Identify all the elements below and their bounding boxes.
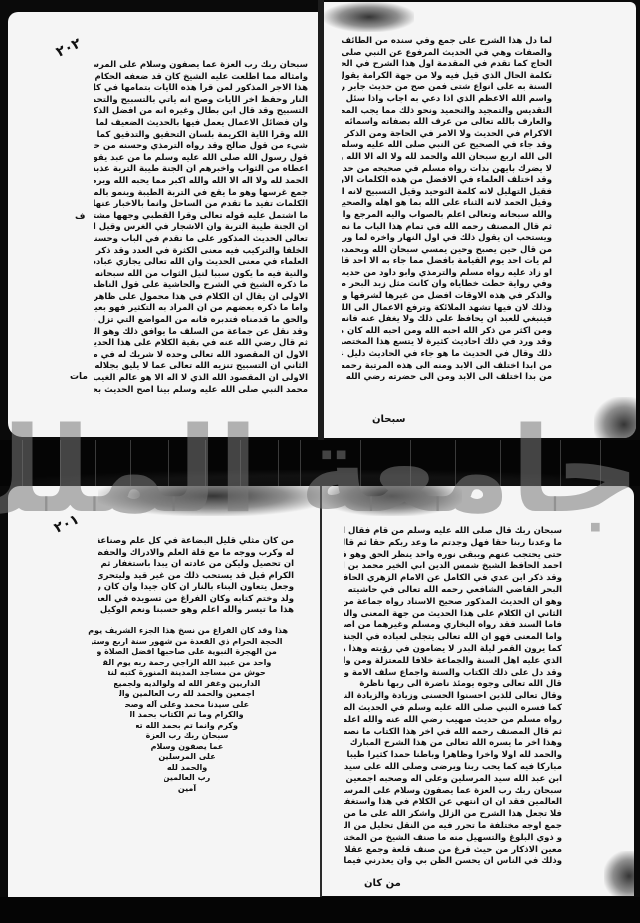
scan-line — [95, 440, 96, 486]
manuscript-line: مباركا فيه كما يحب ربنا ويرضى وصلى الله … — [344, 762, 562, 774]
scan-smudge — [98, 486, 320, 516]
manuscript-line: وقد نقل عن جماعة من السلف ما يوافق ذلك و… — [94, 327, 308, 339]
manuscript-line: اعطاه من الثواب واخبرهم ان الجنة طيبة ال… — [94, 164, 308, 176]
manuscript-line: وقد اختلف العلماء في الافضل من هذه الكلم… — [342, 175, 552, 187]
scan-line — [300, 440, 301, 486]
manuscript-line: من قال حين يصبح وحين يمسي سبحان الله وبح… — [342, 245, 552, 257]
manuscript-line: على المرسلين — [153, 752, 222, 763]
manuscript-line: كما يرون القمر ليلة البدر لا يضامون في ر… — [344, 644, 562, 656]
manuscript-line: وان فضائل الاعمال يعمل فيها بالحديث الضع… — [94, 118, 308, 130]
manuscript-line: او زاد عليه رواه مسلم والترمذي وابو داود… — [342, 268, 552, 280]
manuscript-line: من بدا اختلف الى الابد ومن الى حضرته رضي… — [342, 372, 552, 384]
manuscript-line: لا يضرك بايهن بدأت رواه مسلم في صحيحه من… — [342, 164, 552, 176]
manuscript-line: وجعل يتعاون البناء بالنار ان كان جيدا وا… — [98, 582, 294, 594]
manuscript-line: هذا الاجر المذكور لمن قرأ هذه الآيات بتم… — [94, 83, 308, 95]
manuscript-line: الاكرام في الحديث ولا الامر في الحاجة وم… — [342, 129, 552, 141]
manuscript-line: والحق ما قدمناه فتدبره فانه من المواضع ا… — [94, 315, 308, 327]
manuscript-line: العالمين فقد آن ان انتهي عن الكلام في هذ… — [344, 797, 562, 809]
manuscript-line: و ذوي البلوغ والتسهيل منه ما صنف الشيخ م… — [344, 833, 562, 845]
manuscript-line: ذلك وقال في الحديث ما هو جاء في الحاديث … — [342, 349, 552, 361]
scan-smudge — [322, 486, 462, 516]
manuscript-line: شيء من قول صالح وقد رواه الترمذي وحسنه م… — [94, 141, 308, 153]
manuscript-line: سبحان ربك رب العزة — [142, 731, 233, 742]
manuscript-line: وقد جاء في الصحيح عن النبي صلى الله عليه… — [342, 140, 552, 152]
scan-line — [500, 440, 501, 486]
manuscript-line: لم يأت احد يوم القيامة بافضل مما جاء به … — [342, 256, 552, 268]
scan-line — [168, 440, 169, 486]
manuscript-line: على سيدنا محمد وعلى آله وصحبه اجمعين — [125, 700, 249, 711]
bottom-right-page: سبحان ربك قال صلى الله عليه وسلم من قام … — [322, 486, 634, 896]
manuscript-line: رواه مسلم من حديث صهيب رضي الله عنه والل… — [344, 715, 562, 727]
manuscript-line: ثم قال المصنف رحمه الله في تمام هذا البا… — [342, 222, 552, 234]
manuscript-line: ما اشتمل عليه قوله تعالى وقرأ القطبي وجه… — [94, 211, 308, 223]
manuscript-line: له وكرب ووجه ما مع قلة العلم والادراك وا… — [98, 548, 294, 560]
scan-line — [560, 440, 561, 486]
manuscript-line: وقد دل على ذلك الكتاب والسنة واجماع سلف … — [344, 668, 562, 680]
manuscript-line: وهو ان الحديث المذكور صحيح الاسناد رواه … — [344, 597, 562, 609]
scan-line — [600, 440, 601, 486]
scan-smudge — [604, 851, 634, 896]
top-sheet: ٢٠٢ ف مات سبحان ربك رب العزة عما يصفون و… — [0, 0, 640, 440]
page-number-top-left: ٢٠٢ — [54, 35, 84, 60]
manuscript-line: والعارف بالله تعالى من عرف الله بصفاته و… — [342, 117, 552, 129]
manuscript-line: والذكر في هذه الاوقات افضل من غيرها لشرف… — [342, 291, 552, 303]
manuscript-line: وهذا آخر ما يسره الله تعالى من هذا الشرح… — [344, 738, 562, 750]
manuscript-line: جمع اوجه مختلفة ما تحرر فيه من النقل تحل… — [344, 821, 562, 833]
manuscript-line: والنية فيه ما يكون سببا لنيل الثواب من ا… — [94, 269, 308, 281]
top-left-text-block: سبحان ربك رب العزة عما يصفون وسلام على ا… — [94, 60, 308, 396]
manuscript-line: فلا تجعل هذا الشرح من الزلل واشكر الله ع… — [344, 809, 562, 821]
manuscript-line: ويستحب ان يقول ذلك في اول النهار وآخره ل… — [342, 233, 552, 245]
manuscript-line: احمد الحافظ الشيخ شمس الدين ابي الخير مح… — [344, 561, 562, 573]
manuscript-line: سبحان ربك رب العزة عما يصفون وسلام على ا… — [94, 60, 308, 72]
manuscript-line: وفي رواية حطت خطاياه وان كانت مثل زبد ال… — [342, 279, 552, 291]
scan-line — [240, 440, 241, 486]
manuscript-line: لما دل هذا الشرح على جمع وفي سنده من الط… — [342, 36, 552, 48]
manuscript-line: فاما السند فقد رواه البخاري ومسلم وغيرهم… — [344, 620, 562, 632]
manuscript-line: الاولى ان يقال ان الكلام في هذا محمول عل… — [94, 292, 308, 304]
manuscript-line: الخلفا والتركيب فيه معنى الكثرة في العدد… — [94, 246, 308, 258]
margin-note-fa: ف — [75, 212, 85, 222]
manuscript-line: عما يصفون وسلام — [147, 742, 227, 753]
manuscript-line: والصفات وهي في الحديث المرفوع عن النبي ص… — [342, 48, 552, 60]
manuscript-line: وذلك في الناس ان يحسن الظن بي وان يعذرني… — [344, 856, 562, 868]
manuscript-line: رب العالمين — [164, 773, 210, 784]
page-number-bottom-left: ٢٠١ — [52, 511, 82, 536]
manuscript-line: جمع غرسها وهو ما يقع في التربة الطيبة وي… — [94, 188, 308, 200]
manuscript-line: واحد من عبيد الله الراجي رحمة ربه يوم ال… — [103, 658, 272, 669]
top-left-page: ٢٠٢ ف مات سبحان ربك رب العزة عما يصفون و… — [8, 12, 318, 437]
manuscript-line: آمين — [169, 784, 204, 795]
manuscript-line: التقديس والتمجيد والتحميد ونحو ذلك مما ي… — [342, 106, 552, 118]
manuscript-line: هذا ما تيسر والله اعلم وهو حسبنا ونعم ال… — [98, 605, 294, 617]
bottom-right-text-block: سبحان ربك قال صلى الله عليه وسلم من قام … — [344, 526, 562, 868]
manuscript-line: الكلمات تفيد ما تقدم من الساحل وانما بال… — [94, 199, 308, 211]
manuscript-line: وقد ورد في ذلك احاديث كثيرة لا يتسع هذا … — [342, 337, 552, 349]
manuscript-line: قال الله تعالى وجوه يومئذ ناضرة الى ربها… — [344, 679, 562, 691]
manuscript-line: ولد وختم كتابه وكان الفراغ من تسويده في … — [98, 594, 294, 606]
manuscript-line: من الهجرة النبوية على صاحبها افضل الصلاة… — [97, 647, 277, 658]
manuscript-line: الى الله اربع سبحان الله والحمد لله ولا … — [342, 152, 552, 164]
manuscript-line: والكرام وما تم الكتاب بحمد الله وعونه — [130, 710, 243, 721]
manuscript-line: سبحان ربك قال صلى الله عليه وسلم من قام … — [344, 526, 562, 538]
top-right-text-block: لما دل هذا الشرح على جمع وفي سنده من الط… — [342, 36, 552, 384]
manuscript-line: من كان مثلي قليل البضاعة في كل علم وصناع… — [98, 536, 294, 548]
manuscript-line: البحر القاضي الشافعي رحمه الله تعالى في … — [344, 585, 562, 597]
scan-line — [278, 440, 279, 486]
scan-smudge — [594, 397, 636, 438]
catchword-bottom-right: من كان — [364, 878, 401, 889]
manuscript-line: كما فسره النبي صلى الله عليه وسلم في الح… — [344, 703, 562, 715]
bottom-left-page: ٢٠١ من كان مثلي قليل البضاعة في كل علم و… — [8, 486, 320, 923]
manuscript-line: ابن عبد الله سيد المرسلين وعلى آله وصحبه… — [344, 774, 562, 786]
manuscript-line: تكلمة الحال الذي قيل فيه ولا من جهة الكر… — [342, 71, 552, 83]
manuscript-line: من ابدا اختلف الى الابد ومنه الى هذه الم… — [342, 361, 552, 373]
manuscript-line: وامثاله مما اطلعت عليه الشيخ كان قد ضعفه… — [94, 72, 308, 84]
scan-line — [60, 440, 61, 486]
manuscript-line: ثم قال المصنف رحمه الله في آخر هذا الكتا… — [344, 727, 562, 739]
manuscript-line: التسبيح وقد قال ابن بطال وغيره انه من اف… — [94, 106, 308, 118]
manuscript-line: وكرم وانما تم بحمد الله تعالى — [136, 721, 238, 732]
manuscript-line: واما المعنى فهو ان الله تعالى يتجلى لعبا… — [344, 632, 562, 644]
manuscript-line: الحمد لله ولا اله الا الله والله اكبر مم… — [94, 176, 308, 188]
scan-line — [360, 440, 361, 486]
scan-line — [22, 440, 23, 486]
manuscript-line: وذلك لان فيها تشهد الملائكة وترفع الاعما… — [342, 303, 552, 315]
bottom-sheet: ٢٠١ من كان مثلي قليل البضاعة في كل علم و… — [0, 486, 640, 923]
manuscript-line: الاولى ان المقصود الله الذي لا اله الا ه… — [94, 373, 308, 385]
manuscript-line: والله سبحانه وتعالى اعلم بالصواب واليه ا… — [342, 210, 552, 222]
manuscript-line: تعالى الحديث المذكور على ما تقدم في البا… — [94, 234, 308, 246]
manuscript-line: الاول ان المقصود الله تعالى وحده لا شريك… — [94, 350, 308, 362]
bottom-left-text-block: من كان مثلي قليل البضاعة في كل علم وصناع… — [98, 536, 294, 617]
manuscript-line: والحمد لله اولا وآخرا وظاهرا وباطنا حمدا… — [344, 750, 562, 762]
manuscript-line: واسم الله الاعظم الذي اذا دعي به اجاب وا… — [342, 94, 552, 106]
scan-bottom-band — [0, 897, 640, 923]
manuscript-line: النار وحفظ آخر الآيات وصح انه يأتي بالتس… — [94, 95, 308, 107]
manuscript-line: الحاج كما تقدم في المقدمة اول هذا الشرح … — [342, 59, 552, 71]
manuscript-line: ثم قال رضي الله عنه في بقية الكلام على ه… — [94, 338, 308, 350]
manuscript-line: ومن اكثر من ذكر الله احبه الله ومن احبه … — [342, 326, 552, 338]
manuscript-line: هذا وقد كان الفراغ من نسخ هذا الجزء الشر… — [86, 626, 288, 637]
manuscript-line: والحمد لله — [158, 763, 216, 774]
manuscript-line: ان الجنة طيبة التربة وان الاشجار في الغر… — [94, 222, 308, 234]
manuscript-line: الثاني ان التسبيح تنزيه الله تعالى عما ل… — [94, 361, 308, 373]
manuscript-line: حوش من مساجد المدينة المنورة كتبه لنفسه … — [108, 668, 266, 679]
manuscript-line: محمد النبي صلى الله عليه وسلم بينا اصح ا… — [94, 385, 308, 397]
manuscript-line: حتى يحتجب عنهم ويبقى نوره واحد ينظر الحق… — [344, 550, 562, 562]
manuscript-line: الله وقرأ الآية الكريمة بلسان التحقيق وا… — [94, 130, 308, 142]
manuscript-line: فينبغي للعبد ان يحافظ على ذلك ولا يغفل ع… — [342, 314, 552, 326]
manuscript-line: الحجة الحرام ذي القعدة من شهور سنة اربع … — [92, 637, 283, 648]
manuscript-line: سبحان ربك رب العزة عما يصفون وسلام على ا… — [344, 786, 562, 798]
scan-smudge — [324, 2, 414, 32]
manuscript-line: وقال تعالى للذين احسنوا الحسنى وزيادة وا… — [344, 691, 562, 703]
manuscript-line: ما ذكره الشيخ في الشرح والحاشية على قول … — [94, 280, 308, 292]
manuscript-line: واما ما ذكره بعضهم من ان المراد به التكث… — [94, 303, 308, 315]
manuscript-line: ما وعدنا ربنا حقا فهل وجدتم ما وعد ربكم … — [344, 538, 562, 550]
scan-line — [410, 440, 411, 486]
manuscript-line: ان تحصيل وليكن من عادته ان يبدأ باستغفار… — [98, 559, 294, 571]
manuscript-line: قول رسول الله صلى الله عليه وسلم ما من ع… — [94, 153, 308, 165]
catchword-top-right: سبحان — [372, 414, 405, 425]
manuscript-line: الذي عليه اهل السنة والجماعة خلافا للمعت… — [344, 656, 562, 668]
manuscript-line: الثاني ان الكلام على هذا الحديث من جهة ا… — [344, 609, 562, 621]
scan-line — [455, 440, 456, 486]
manuscript-line: اجمعين والحمد لله رب العالمين والصلاة وا… — [119, 689, 254, 700]
manuscript-line: وقيل الحمد لانه الثناء على الله بما هو ا… — [342, 198, 552, 210]
margin-note-mat: مات — [70, 372, 88, 382]
manuscript-line: معين الاذكار من حيث فرغ من صنف قلعة وجمع… — [344, 845, 562, 857]
manuscript-line: السنة به على انواع شتى فمن صح من حديث جا… — [342, 82, 552, 94]
manuscript-line: وقد ذكر ابن عدي في الكامل عن الامام الزه… — [344, 573, 562, 585]
manuscript-line: الداريين وغفر الله له ولوالديه ولجميع ال… — [114, 679, 260, 690]
top-right-page: لما دل هذا الشرح على جمع وفي سنده من الط… — [324, 2, 636, 438]
manuscript-line: الكرام قيل قد يستحب ذلك من غير قيد وليتح… — [98, 571, 294, 583]
manuscript-line: العلماء في معنى الحديث وان الله تعالى يج… — [94, 257, 308, 269]
scan-line — [205, 440, 206, 486]
manuscript-line: فقيل التهليل لانه كلمة التوحيد وقيل التس… — [342, 187, 552, 199]
colophon-text-block: هذا وقد كان الفراغ من نسخ هذا الجزء الشر… — [86, 626, 288, 794]
scan-line — [130, 440, 131, 486]
